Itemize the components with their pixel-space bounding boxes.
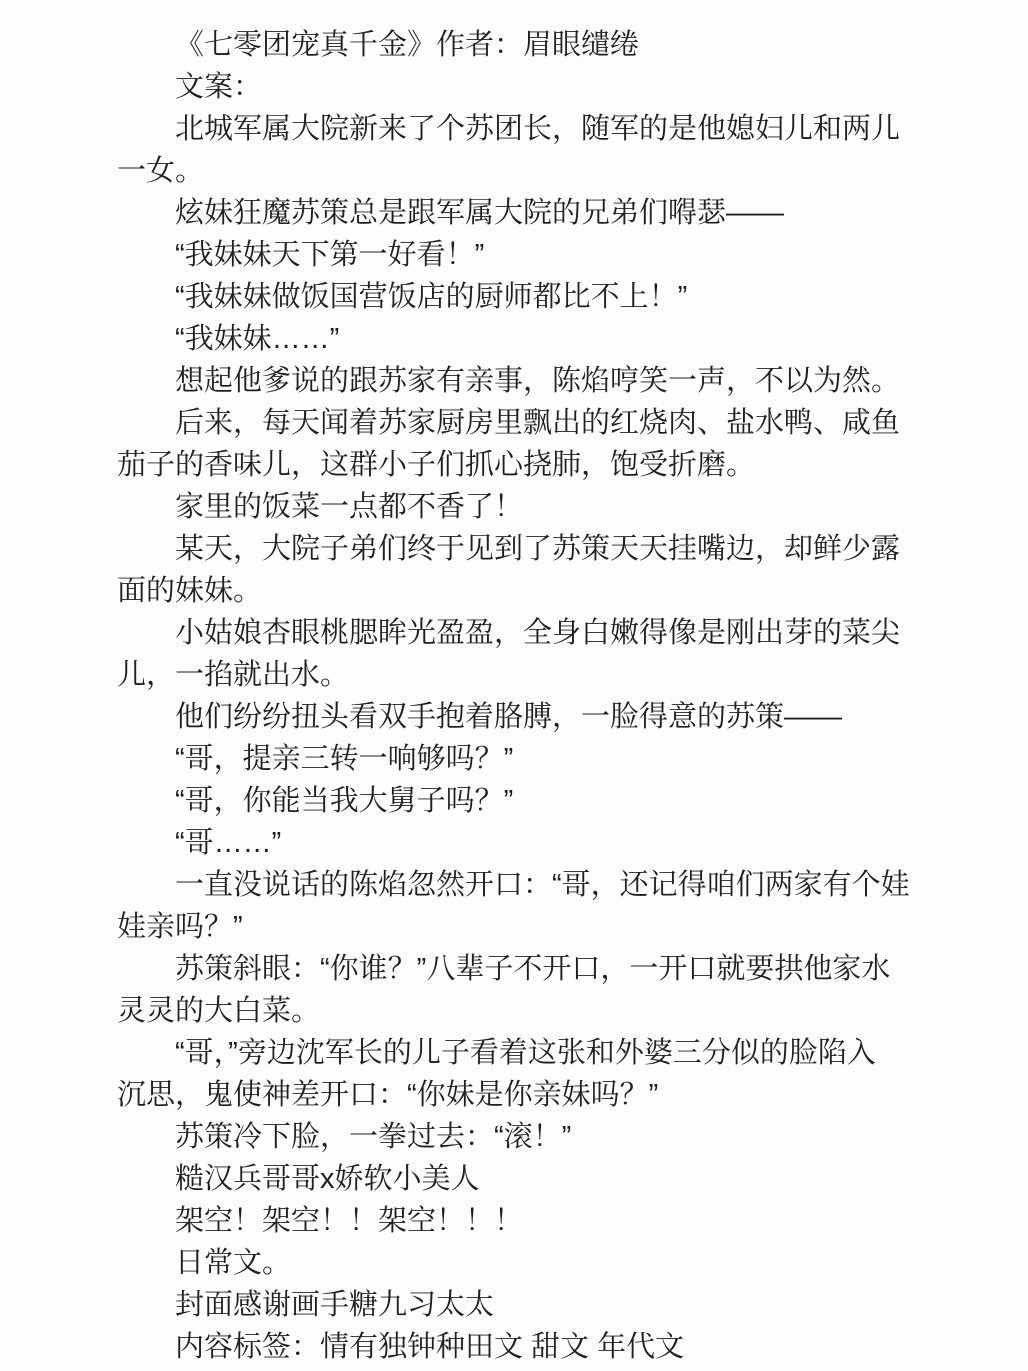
text-line: 娃亲吗？” (117, 906, 928, 948)
text-line: 小姑娘杏眼桃腮眸光盈盈，全身白嫩得像是刚出芽的菜尖 (117, 612, 928, 654)
text-line: 苏策斜眼：“你谁？”八辈子不开口，一开口就要拱他家水 (117, 948, 928, 990)
text-line: “哥，你能当我大舅子吗？” (117, 780, 928, 822)
text-line: 架空！架空！！架空！！！ (117, 1200, 928, 1242)
text-line: “哥，提亲三转一响够吗？” (117, 738, 928, 780)
text-line: “哥，”旁边沈军长的儿子看着这张和外婆三分似的脸陷入 (117, 1032, 928, 1074)
text-line: 文案： (117, 66, 928, 108)
text-line: 苏策冷下脸，一拳过去：“滚！” (117, 1116, 928, 1158)
text-line: 家里的饭菜一点都不香了！ (117, 486, 928, 528)
text-line: 一直没说话的陈焰忽然开口：“哥，还记得咱们两家有个娃 (117, 864, 928, 906)
text-line: 《七零团宠真千金》作者：眉眼缱绻 (117, 24, 928, 66)
text-line: 糙汉兵哥哥x娇软小美人 (117, 1158, 928, 1200)
text-line: 茄子的香味儿，这群小子们抓心挠肺，饱受折磨。 (117, 444, 928, 486)
text-line: 他们纷纷扭头看双手抱着胳膊，一脸得意的苏策—— (117, 696, 928, 738)
text-line: 内容标签：情有独钟种田文 甜文 年代文 (117, 1326, 928, 1368)
text-line: 炫妹狂魔苏策总是跟军属大院的兄弟们嘚瑟—— (117, 192, 928, 234)
text-line: “我妹妹天下第一好看！” (117, 234, 928, 276)
text-line: 想起他爹说的跟苏家有亲事，陈焰哼笑一声，不以为然。 (117, 360, 928, 402)
text-line: “我妹妹……” (117, 318, 928, 360)
text-line: 灵灵的大白菜。 (117, 990, 928, 1032)
text-line: 日常文。 (117, 1242, 928, 1284)
text-line: 沉思，鬼使神差开口：“你妹是你亲妹吗？” (117, 1074, 928, 1116)
text-line: 北城军属大院新来了个苏团长，随军的是他媳妇儿和两儿 (117, 108, 928, 150)
text-line: 某天，大院子弟们终于见到了苏策天天挂嘴边，却鲜少露 (117, 528, 928, 570)
synopsis-text-body: 《七零团宠真千金》作者：眉眼缱绻文案：北城军属大院新来了个苏团长，随军的是他媳妇… (117, 24, 928, 1368)
text-line: 儿，一掐就出水。 (117, 654, 928, 696)
text-line: 后来，每天闻着苏家厨房里飘出的红烧肉、盐水鸭、咸鱼 (117, 402, 928, 444)
text-line: 封面感谢画手糖九习太太 (117, 1284, 928, 1326)
text-line: “哥……” (117, 822, 928, 864)
text-line: 面的妹妹。 (117, 570, 928, 612)
novel-synopsis-page: 《七零团宠真千金》作者：眉眼缱绻文案：北城军属大院新来了个苏团长，随军的是他媳妇… (0, 0, 1028, 1371)
text-line: 一女。 (117, 150, 928, 192)
text-line: “我妹妹做饭国营饭店的厨师都比不上！” (117, 276, 928, 318)
